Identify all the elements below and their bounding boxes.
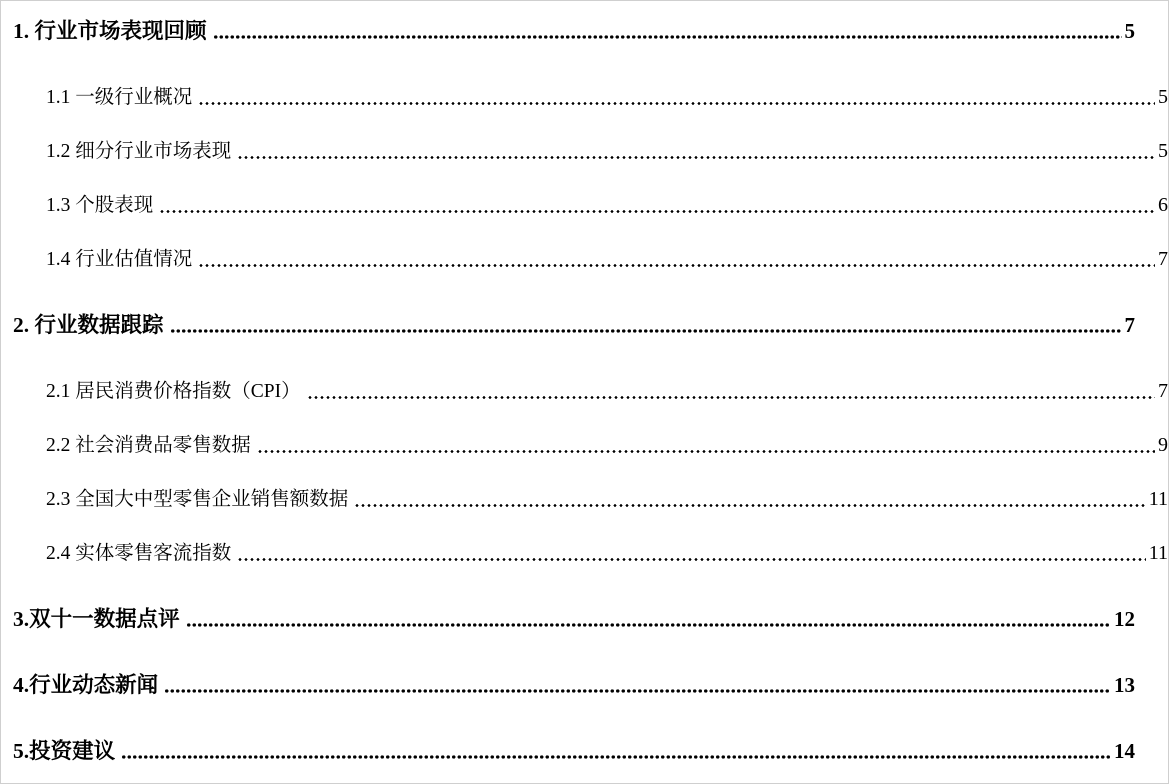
- dot-leader: [121, 737, 1111, 765]
- dot-leader: [186, 605, 1111, 633]
- dot-leader: [354, 486, 1145, 513]
- toc-entry-label: 1.3 个股表现: [46, 193, 159, 219]
- toc-entry-label: 4.行业动态新闻: [13, 671, 164, 699]
- toc-entry-label: 1.4 行业估值情况: [46, 247, 198, 273]
- toc-entry-label: 2.1 居民消费价格指数（CPI）: [46, 379, 307, 405]
- dot-leader: [307, 378, 1155, 405]
- toc-entry-page-number: 13: [1111, 671, 1135, 699]
- toc-entry-page-number: 5: [1122, 17, 1136, 45]
- toc-entry-page-number: 5: [1155, 138, 1168, 164]
- toc-entry-page-number: 6: [1155, 192, 1168, 218]
- dot-leader: [237, 540, 1145, 567]
- dot-leader: [198, 246, 1155, 273]
- dot-leader: [159, 192, 1155, 219]
- toc-entry-label: 1. 行业市场表现回顾: [13, 17, 213, 45]
- document-page: 1. 行业市场表现回顾51.1 一级行业概况51.2 细分行业市场表现51.3 …: [0, 0, 1169, 784]
- dot-leader: [198, 84, 1155, 111]
- toc-entry-page-number: 5: [1155, 84, 1168, 110]
- toc-entry-page-number: 11: [1146, 486, 1168, 512]
- table-of-contents: 1. 行业市场表现回顾51.1 一级行业概况51.2 细分行业市场表现51.3 …: [13, 17, 1135, 765]
- toc-entry-label: 1.2 细分行业市场表现: [46, 139, 237, 165]
- toc-entry[interactable]: 2.1 居民消费价格指数（CPI）7: [13, 378, 1168, 405]
- dot-leader: [237, 138, 1155, 165]
- toc-entry-page-number: 12: [1111, 605, 1135, 633]
- toc-entry[interactable]: 2.4 实体零售客流指数11: [13, 540, 1168, 567]
- toc-entry[interactable]: 5.投资建议14: [13, 737, 1135, 765]
- toc-entry-page-number: 14: [1111, 737, 1135, 765]
- dot-leader: [170, 311, 1122, 339]
- toc-entry[interactable]: 1.1 一级行业概况5: [13, 84, 1168, 111]
- toc-entry-label: 2.3 全国大中型零售企业销售额数据: [46, 487, 354, 513]
- toc-entry[interactable]: 2.3 全国大中型零售企业销售额数据11: [13, 486, 1168, 513]
- dot-leader: [257, 432, 1155, 459]
- toc-entry[interactable]: 1.2 细分行业市场表现5: [13, 138, 1168, 165]
- toc-entry-label: 2.4 实体零售客流指数: [46, 541, 237, 567]
- dot-leader: [213, 17, 1122, 45]
- toc-entry-page-number: 7: [1155, 378, 1168, 404]
- toc-entry-page-number: 7: [1155, 246, 1168, 272]
- toc-entry[interactable]: 2.2 社会消费品零售数据9: [13, 432, 1168, 459]
- toc-entry-page-number: 11: [1146, 540, 1168, 566]
- toc-entry-label: 2. 行业数据跟踪: [13, 311, 170, 339]
- toc-entry-page-number: 7: [1122, 311, 1136, 339]
- dot-leader: [164, 671, 1111, 699]
- toc-entry[interactable]: 2. 行业数据跟踪7: [13, 311, 1135, 339]
- toc-entry[interactable]: 4.行业动态新闻13: [13, 671, 1135, 699]
- toc-entry-page-number: 9: [1155, 432, 1168, 458]
- toc-entry[interactable]: 3.双十一数据点评12: [13, 605, 1135, 633]
- toc-entry[interactable]: 1.3 个股表现6: [13, 192, 1168, 219]
- toc-entry-label: 1.1 一级行业概况: [46, 85, 198, 111]
- toc-entry-label: 5.投资建议: [13, 737, 121, 765]
- toc-entry-label: 2.2 社会消费品零售数据: [46, 433, 257, 459]
- toc-entry[interactable]: 1.4 行业估值情况7: [13, 246, 1168, 273]
- toc-entry[interactable]: 1. 行业市场表现回顾5: [13, 17, 1135, 45]
- toc-entry-label: 3.双十一数据点评: [13, 605, 186, 633]
